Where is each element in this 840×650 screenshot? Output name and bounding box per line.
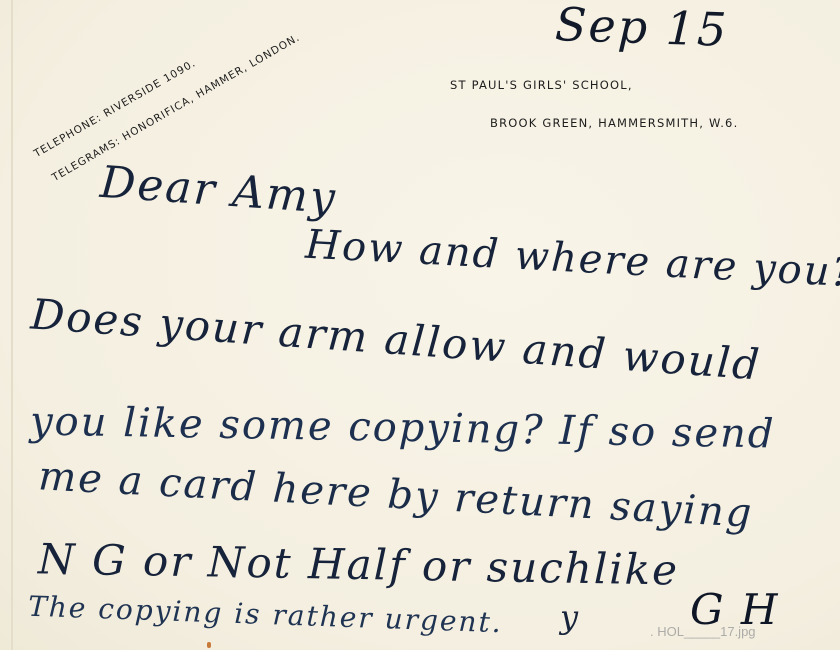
signoff: y (560, 598, 580, 636)
letter-date: Sep 15 (554, 0, 729, 57)
school-name: ST PAUL'S GIRLS' SCHOOL, (450, 78, 633, 92)
filename-watermark: . HOL_____17.jpg (650, 624, 756, 639)
ink-spot (207, 642, 211, 648)
school-address: BROOK GREEN, HAMMERSMITH, W.6. (490, 116, 738, 130)
paper-edge (11, 0, 13, 650)
